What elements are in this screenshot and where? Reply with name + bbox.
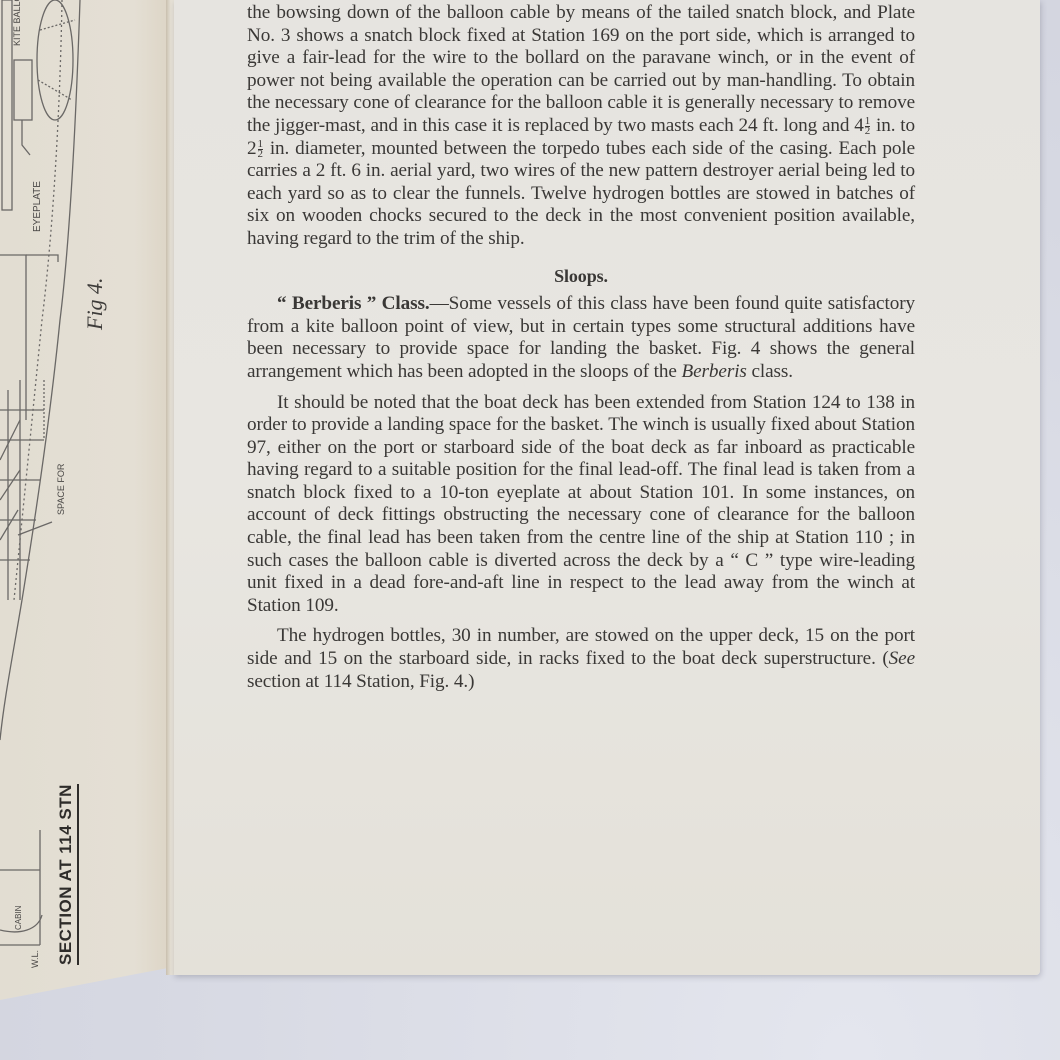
ship-plan-diagram: [0, 0, 168, 1000]
paragraph-1: the bowsing down of the balloon cable by…: [247, 2, 915, 251]
diagram-label-waterline: W.L.: [30, 950, 40, 968]
paragraph-4-text: The hydrogen bottles, 30 in number, are …: [247, 625, 915, 669]
fraction-whole: 4: [854, 115, 864, 136]
diagram-label-cabin: CABIN: [14, 906, 23, 930]
paragraph-4-tail: section at 114 Station, Fig. 4.): [247, 671, 474, 692]
paragraph-2-tail: class.: [747, 361, 793, 382]
fraction-whole: 2: [247, 138, 257, 159]
diagram-label-eyeplate: EYEPLATE: [32, 181, 43, 232]
section-heading-sloops: Sloops.: [247, 265, 915, 288]
see-italic: See: [889, 648, 915, 669]
diagram-label-kite-balloon-winch: KITE BALLOON WINCH: [12, 0, 22, 46]
paragraph-4: The hydrogen bottles, 30 in number, are …: [247, 625, 915, 693]
berberis-italic: Berberis: [682, 361, 747, 382]
paragraph-2: “ Berberis ” Class.—Some vessels of this…: [247, 293, 915, 383]
figure-label: Fig 4.: [82, 277, 108, 330]
fraction-denominator: 2: [258, 150, 263, 159]
fraction-half: 12: [258, 140, 263, 159]
berberis-class-heading: “ Berberis ” Class.: [277, 293, 430, 314]
paragraph-1-tail: in. diameter, mounted between the torped…: [247, 138, 915, 249]
diagram-label-space-for: SPACE FOR: [56, 464, 66, 515]
fraction-half: 12: [865, 117, 870, 136]
paragraph-3: It should be noted that the boat deck ha…: [247, 392, 915, 618]
fraction-denominator: 2: [865, 127, 870, 136]
page-body-text: the bowsing down of the balloon cable by…: [247, 2, 915, 693]
paragraph-3-text: It should be noted that the boat deck ha…: [247, 392, 915, 616]
paragraph-1-text: the bowsing down of the balloon cable by…: [247, 2, 915, 136]
left-page-diagram: KITE BALLOON WINCH EYEPLATE SPACE FOR CA…: [0, 0, 168, 1000]
paragraph-1-mid: in. to: [871, 115, 915, 136]
section-title: SECTION AT 114 STN: [56, 784, 79, 965]
